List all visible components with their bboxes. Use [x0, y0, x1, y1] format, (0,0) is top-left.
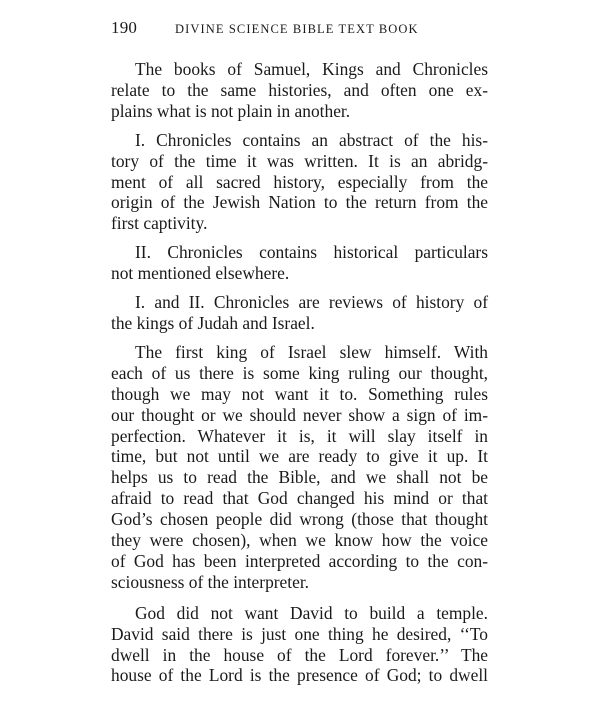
text-line: each of us there is some king ruling our…	[111, 363, 488, 384]
text-line: sciousness of the interpreter.	[111, 572, 488, 593]
text-line: The books of Samuel, Kings and Chronicle…	[111, 59, 488, 80]
text-line: our thought or we should never show a si…	[111, 405, 488, 426]
text-line: not mentioned elsewhere.	[111, 263, 488, 284]
paragraph-david-temple: God did not want David to build a temple…	[111, 603, 488, 687]
text-line: tory of the time it was written. It is a…	[111, 151, 488, 172]
paragraph-chronicles-reviews: I. and II. Chronicles are reviews of his…	[111, 292, 488, 334]
text-line: I. Chronicles contains an abstract of th…	[111, 130, 488, 151]
text-line: though we may not want it to. Something …	[111, 384, 488, 405]
text-line: origin of the Jewish Nation to the retur…	[111, 192, 488, 213]
running-title: DIVINE SCIENCE BIBLE TEXT BOOK	[175, 22, 419, 37]
text-line: God did not want David to build a temple…	[111, 603, 488, 624]
paragraph-second-chronicles: II. Chronicles contains historical parti…	[111, 242, 488, 284]
text-line: time, but not until we are ready to give…	[111, 446, 488, 467]
text-line: first captivity.	[111, 213, 488, 234]
text-line: plains what is not plain in another.	[111, 101, 488, 122]
text-line: God’s chosen people did wrong (those tha…	[111, 509, 488, 530]
text-line: they were chosen), when we know how the …	[111, 530, 488, 551]
text-line: dwell in the house of the Lord forever.’…	[111, 645, 488, 666]
text-line: afraid to read that God changed his mind…	[111, 488, 488, 509]
text-line: helps us to read the Bible, and we shall…	[111, 467, 488, 488]
running-head: 190 DIVINE SCIENCE BIBLE TEXT BOOK	[111, 18, 488, 42]
text-line: house of the Lord is the presence of God…	[111, 665, 488, 686]
text-line: I. and II. Chronicles are reviews of his…	[111, 292, 488, 313]
page-number: 190	[111, 18, 175, 38]
text-line: II. Chronicles contains historical parti…	[111, 242, 488, 263]
book-page: 190 DIVINE SCIENCE BIBLE TEXT BOOK The b…	[111, 18, 488, 694]
text-line: of God has been interpreted according to…	[111, 551, 488, 572]
text-line: relate to the same histories, and often …	[111, 80, 488, 101]
text-line: ment of all sacred history, especially f…	[111, 172, 488, 193]
text-line: The first king of Israel slew himself. W…	[111, 342, 488, 363]
paragraph-books-of-samuel: The books of Samuel, Kings and Chronicle…	[111, 59, 488, 122]
text-line: David said there is just one thing he de…	[111, 624, 488, 645]
paragraph-first-chronicles: I. Chronicles contains an abstract of th…	[111, 130, 488, 235]
text-line: the kings of Judah and Israel.	[111, 313, 488, 334]
paragraph-first-king: The first king of Israel slew himself. W…	[111, 342, 488, 593]
text-line: perfection. Whatever it is, it will slay…	[111, 426, 488, 447]
